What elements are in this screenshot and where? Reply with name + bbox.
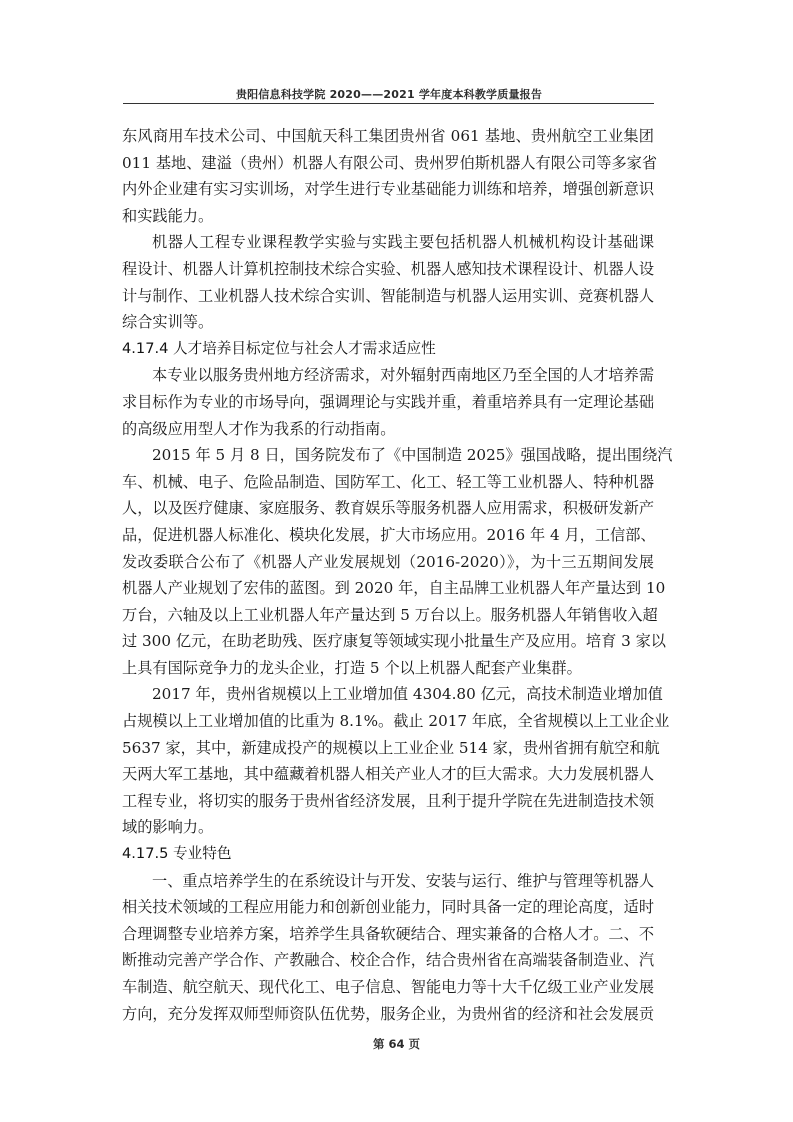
page-header-title: 贵阳信息科技学院 2020——2021 学年度本科教学质量报告: [125, 86, 653, 102]
text-line: 的高级应用型人才作为我系的行动指南。: [122, 416, 654, 443]
paragraph-1: 东风商用车技术公司、中国航天科工集团贵州省 061 基地、贵州航空工业集团 01…: [122, 123, 654, 229]
paragraph-4: 2015 年 5 月 8 日，国务院发布了《中国制造 2025》强国战略，提出围…: [122, 442, 654, 681]
text-line: 车制造、航空航天、现代化工、电子信息、智能电力等十大千亿级工业产业发展: [122, 974, 654, 1001]
text-line: 2017 年，贵州省规模以上工业增加值 4304.80 亿元，高技术制造业增加值: [122, 681, 654, 708]
text-line: 和实践能力。: [122, 203, 654, 230]
text-line: 域的影响力。: [122, 814, 654, 841]
text-line: 机器人工程专业课程教学实验与实践主要包括机器人机械机构设计基础课: [122, 229, 654, 256]
text-line: 011 基地、建溢（贵州）机器人有限公司、贵州罗伯斯机器人有限公司等多家省: [122, 150, 654, 177]
header-rule: [123, 103, 654, 104]
text-line: 工程专业，将切实的服务于贵州省经济发展，且利于提升学院在先进制造技术领: [122, 788, 654, 815]
page-number: 第 64 页: [0, 1036, 793, 1052]
text-line: 综合实训等。: [122, 309, 654, 336]
text-line: 合理调整专业培养方案，培养学生具备软硬结合、理实兼备的合格人才。二、不: [122, 921, 654, 948]
section-heading-4-17-4: 4.17.4 人才培养目标定位与社会人才需求适应性: [122, 336, 654, 363]
section-heading-4-17-5: 4.17.5 专业特色: [122, 841, 654, 868]
text-line: 发改委联合公布了《机器人产业发展规划（2016-2020）》，为十三五期间发展: [122, 549, 654, 576]
text-line: 方向，充分发挥双师型师资队伍优势，服务企业，为贵州省的经济和社会发展贡: [122, 1001, 654, 1028]
text-line: 2015 年 5 月 8 日，国务院发布了《中国制造 2025》强国战略，提出围…: [122, 442, 654, 469]
text-line: 断推动完善产学合作、产教融合、校企合作，结合贵州省在高端装备制造业、汽: [122, 947, 654, 974]
text-line: 一、重点培养学生的在系统设计与开发、安装与运行、维护与管理等机器人: [122, 868, 654, 895]
text-line: 东风商用车技术公司、中国航天科工集团贵州省 061 基地、贵州航空工业集团: [122, 123, 654, 150]
text-line: 上具有国际竞争力的龙头企业，打造 5 个以上机器人配套产业集群。: [122, 655, 654, 682]
paragraph-3: 本专业以服务贵州地方经济需求，对外辐射西南地区乃至全国的人才培养需 求目标作为专…: [122, 362, 654, 442]
text-line: 本专业以服务贵州地方经济需求，对外辐射西南地区乃至全国的人才培养需: [122, 362, 654, 389]
document-body: 东风商用车技术公司、中国航天科工集团贵州省 061 基地、贵州航空工业集团 01…: [122, 123, 654, 1027]
text-line: 人，以及医疗健康、家庭服务、教育娱乐等服务机器人应用需求，积极研发新产: [122, 495, 654, 522]
text-line: 过 300 亿元，在助老助残、医疗康复等领域实现小批量生产及应用。培育 3 家以: [122, 628, 654, 655]
paragraph-2: 机器人工程专业课程教学实验与实践主要包括机器人机械机构设计基础课 程设计、机器人…: [122, 229, 654, 335]
text-line: 天两大军工基地，其中蕴藏着机器人相关产业人才的巨大需求。大力发展机器人: [122, 761, 654, 788]
text-line: 计与制作、工业机器人技术综合实训、智能制造与机器人运用实训、竞赛机器人: [122, 283, 654, 310]
text-line: 5637 家，其中，新建成投产的规模以上工业企业 514 家，贵州省拥有航空和航: [122, 735, 654, 762]
text-line: 程设计、机器人计算机控制技术综合实验、机器人感知技术课程设计、机器人设: [122, 256, 654, 283]
text-line: 相关技术领域的工程应用能力和创新创业能力，同时具备一定的理论高度，适时: [122, 894, 654, 921]
text-line: 机器人产业规划了宏伟的蓝图。到 2020 年，自主品牌工业机器人年产量达到 10: [122, 575, 654, 602]
text-line: 品，促进机器人标准化、模块化发展，扩大市场应用。2016 年 4 月，工信部、: [122, 522, 654, 549]
text-line: 车、机械、电子、危险品制造、国防军工、化工、轻工等工业机器人、特种机器: [122, 469, 654, 496]
paragraph-6: 一、重点培养学生的在系统设计与开发、安装与运行、维护与管理等机器人 相关技术领域…: [122, 868, 654, 1028]
text-line: 求目标作为专业的市场导向，强调理论与实践并重，着重培养具有一定理论基础: [122, 389, 654, 416]
paragraph-5: 2017 年，贵州省规模以上工业增加值 4304.80 亿元，高技术制造业增加值…: [122, 681, 654, 841]
text-line: 占规模以上工业增加值的比重为 8.1%。截止 2017 年底，全省规模以上工业企…: [122, 708, 654, 735]
text-line: 万台，六轴及以上工业机器人年产量达到 5 万台以上。服务机器人年销售收入超: [122, 602, 654, 629]
text-line: 内外企业建有实习实训场，对学生进行专业基础能力训练和培养，增强创新意识: [122, 176, 654, 203]
